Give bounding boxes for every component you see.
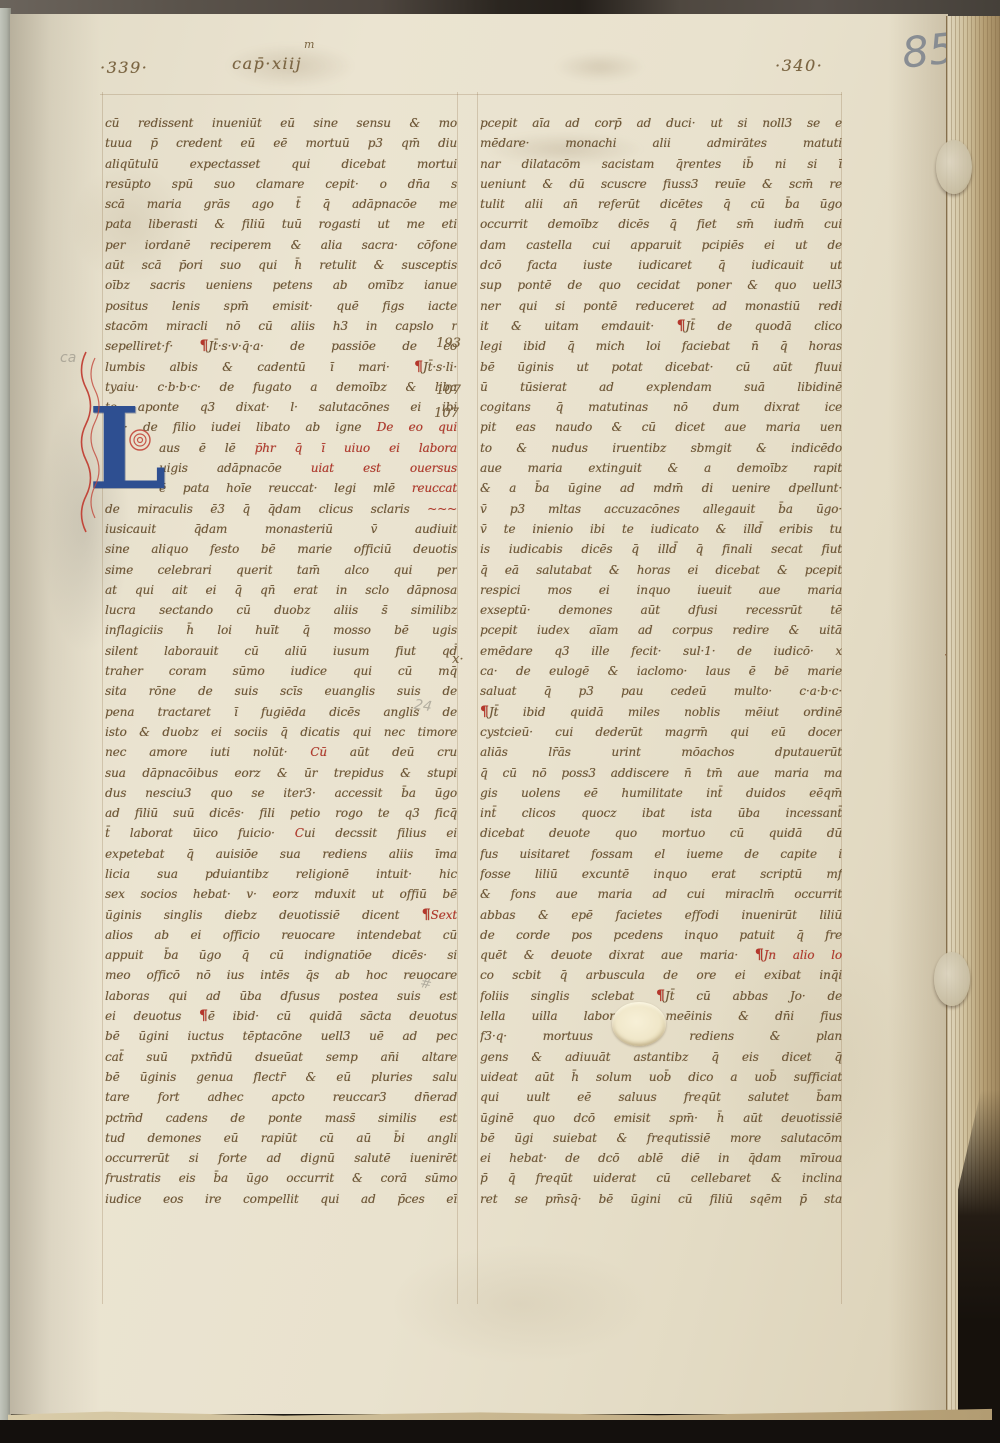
manuscript-text-line: lucra sectando cū duobz aliis s̄ similib… xyxy=(105,600,457,620)
ink-text: bē ūginis genua flectr̄ & eū pluries sal… xyxy=(105,1070,457,1084)
manuscript-text-line: co scbit q̄ arbuscula de ore ei exibat i… xyxy=(480,965,842,985)
chapter-heading: cap̄·xiij xyxy=(232,54,302,73)
ink-text: to & nudus iruentibz sbmgit & indicēdo xyxy=(480,441,842,455)
ink-text: scā maria grās ago t̄ q̄ adāpnacōe me xyxy=(105,197,457,211)
ink-text: ūginē quo dcō emisit spm̄· h̄ aūt deuoti… xyxy=(480,1111,842,1125)
ink-text: dus nesciu3 quo se iter3· accessit b̄a ū… xyxy=(105,786,457,800)
manuscript-text-line: qui uult eē saluus freqūt salutet b̄am xyxy=(480,1087,842,1107)
ink-text: tulit alii an̄ referūt dicētes q̄ cū b̄a… xyxy=(480,197,842,211)
parchment-page: ·339· cap̄·xiij m ·340· 85 cū redissent … xyxy=(10,14,948,1414)
manuscript-text-line: aue maria extinguit & a demoībz rapit xyxy=(480,458,842,478)
rubric-paragraph-mark: ¶ xyxy=(480,704,489,720)
gutter-shadow xyxy=(10,14,100,1414)
ink-text: pctm̄d cadens de ponte mass̄ similis est xyxy=(105,1111,457,1125)
manuscript-text-line: positus lenis spm̄ emisit· quē figs iact… xyxy=(105,296,457,316)
ink-text: frustratis eis b̄a ūgo occurrit & corā s… xyxy=(105,1171,457,1185)
ink-text: v̄ p3 mltas accuzacōnes allegauit b̄a ūg… xyxy=(480,502,842,516)
ink-text: dam castella cui apparuit pcipiēs ei ut … xyxy=(480,238,842,252)
manuscript-text-line: dus nesciu3 quo se iter3· accessit b̄a ū… xyxy=(105,783,457,803)
manuscript-text-line: de corde pos pcedens inquo patuit q̄ fre xyxy=(480,925,842,945)
ink-text: nar dilatacōm sacistam q̄rentes ib̄ ni s… xyxy=(480,157,842,171)
manuscript-text-line: q̄ eā salutabat & horas ei dicebat & pce… xyxy=(480,560,842,580)
manuscript-text-line: gis uolens eē humilitate int̄ duidos eēq… xyxy=(480,783,842,803)
manuscript-text-line: cū redissent inueniūt eū sine sensu & mo xyxy=(105,113,457,133)
ink-text: positus lenis spm̄ emisit· quē figs iact… xyxy=(105,299,457,313)
ink-text: ūginis singlis diebz deuotissiē dicent xyxy=(105,908,422,922)
ink-text: gis uolens eē humilitate int̄ duidos eēq… xyxy=(480,786,842,800)
ruling-line xyxy=(457,92,458,1304)
pencil-graffito-24: 24 xyxy=(413,697,433,715)
manuscript-text-line: q̄ cū nō poss3 addiscere n̄ tm̄ aue mari… xyxy=(480,763,842,783)
page-number-right: ·340· xyxy=(775,56,823,75)
manuscript-text-line: pata liberasti & filiū tuū rogasti ut me… xyxy=(105,214,457,234)
manuscript-text-line: sex socios hebat· v· eorz mduxit ut offi… xyxy=(105,884,457,904)
manuscript-text-line: bē ūgi suiebat & frequtissiē more saluta… xyxy=(480,1128,842,1148)
ink-text: meo officō nō ius intēs q̄s ab hoc reuoc… xyxy=(105,968,457,982)
manuscript-text-line: ner qui si pontē reduceret ad monastiū r… xyxy=(480,296,842,316)
ink-text: pcepit aīa ad corp̄ ad duci· ut si noll3… xyxy=(480,116,842,130)
ruling-line xyxy=(477,92,478,1304)
manuscript-text-line: pcepit iudex aīam ad corpus redire & uit… xyxy=(480,620,842,640)
rubric-text: De eo qui xyxy=(377,420,457,434)
ink-text: t̄ laborat ūico fuicio· xyxy=(105,826,295,840)
manuscript-text-line: dicebat deuote quo mortuo cū quidā dū xyxy=(480,823,842,843)
manuscript-text-line: aliās lr̄ās urint mōachos dputauerūt xyxy=(480,742,842,762)
ink-text: bē ūginis ut potat dicebat· cū aūt fluui xyxy=(480,360,842,374)
manuscript-text-line: quēt & deuote dixrat aue maria· ¶Jn alio… xyxy=(480,945,842,965)
ink-text: occurrerūt si forte ad dignū salutē iuen… xyxy=(105,1151,457,1165)
manuscript-text-line: tare fort adhec apcto reuccar3 dn̄erad xyxy=(105,1087,457,1107)
ink-text: ū tūsierat ad explendam suā libidinē xyxy=(480,380,842,394)
manuscript-text-line: stacōm miracli nō cū aliis h3 in capslo … xyxy=(105,316,457,336)
text-column-right: pcepit aīa ad corp̄ ad duci· ut si noll3… xyxy=(480,113,842,1209)
ink-text: is iudicabis dicēs q̄ illd̄ q̄ finali se… xyxy=(480,542,842,556)
ink-text: gens & adiuuāt astantibz q̄ eis dicet q̄ xyxy=(480,1050,842,1064)
manuscript-text-line: alios ab ei officio reuocare intendebat … xyxy=(105,925,457,945)
ink-text: uideat aūt h̄ solum uob̄ dico a uob̄ suf… xyxy=(480,1070,842,1084)
manuscript-text-line: licia sua pduiantibz religionē intuit· h… xyxy=(105,864,457,884)
binding-edge-bottom xyxy=(0,1420,1000,1443)
rubric-text: reuccat xyxy=(412,481,457,495)
ink-text: pcepit iudex aīam ad corpus redire & uit… xyxy=(480,623,842,637)
manuscript-text-line: mēdare· monachi alii admirātes matuti xyxy=(480,133,842,153)
ink-text: p̄ q̄ freqūt uiderat cū cellebaret & inc… xyxy=(480,1171,842,1185)
ink-text: int̄ clicos quocz ibat ista ūba incessan… xyxy=(480,806,842,820)
pencil-graffito-ca: ca xyxy=(60,350,76,366)
ink-text: de corde pos pcedens inquo patuit q̄ fre xyxy=(480,928,842,942)
ink-text: pata liberasti & filiū tuū rogasti ut me… xyxy=(105,217,457,231)
ink-text: alios ab ei officio reuocare intendebat … xyxy=(105,928,457,942)
manuscript-text-line: it & uitam emdauit· ¶Jt̄ de quodā clico xyxy=(480,316,842,336)
manuscript-text-line: abbas & epē facietes effodi inuenirūt li… xyxy=(480,905,842,925)
ink-text: it & uitam emdauit· xyxy=(480,319,677,333)
rubric-text: Cū xyxy=(310,745,327,759)
ink-text: fus uisitaret fossam el iueme de capite … xyxy=(480,847,842,861)
ink-text: licia sua pduiantibz religionē intuit· h… xyxy=(105,867,457,881)
manuscript-text-line: resūpto spū suo clamare cepit· o dn̄a s xyxy=(105,174,457,194)
manuscript-text-line: ei hebat· de dcō ablē diē in q̄dam mīrou… xyxy=(480,1148,842,1168)
manuscript-text-line: sua dāpnacōibus eorz & ūr trepidus & stu… xyxy=(105,763,457,783)
ink-text: ē ibid· cū quidā sācta deuotus xyxy=(208,1009,457,1023)
manuscript-text-line: lumbis albis & cadentū ī mari· ¶Jt̄·s·li… xyxy=(105,357,457,377)
ink-text: foliis singlis sclebat xyxy=(480,989,656,1003)
manuscript-text-line: meo officō nō ius intēs q̄s ab hoc reuoc… xyxy=(105,965,457,985)
rubric-text: p̄hr q̄ ī uiuo ei labora xyxy=(255,441,457,455)
ink-text: ē pata hoīe reuccat· legi mlē xyxy=(159,481,412,495)
ink-text: sime celebrari querit tam̄ alco qui per xyxy=(105,563,457,577)
margin-number-193: 193 xyxy=(436,336,461,351)
ink-text: & fons aue maria ad cui miraclm̄ occurri… xyxy=(480,887,842,901)
manuscript-text-line: int̄ clicos quocz ibat ista ūba incessan… xyxy=(480,803,842,823)
manuscript-text-line: ca· de eulogē & iaclomo· laus ē bē marie xyxy=(480,661,842,681)
manuscript-text-line: to & nudus iruentibz sbmgit & indicēdo xyxy=(480,438,842,458)
ink-text: pit eas naudo & cū dicet aue maria uen xyxy=(480,420,842,434)
ink-text: co scbit q̄ arbuscula de ore ei exibat i… xyxy=(480,968,842,982)
ink-text: ei deuotus xyxy=(105,1009,199,1023)
ink-text: ad filiū suū dicēs· fili petio rogo te q… xyxy=(105,806,457,820)
manuscript-text-line: respici mos ei inquo iueuit aue maria xyxy=(480,580,842,600)
ink-text: abbas & epē facietes effodi inuenirūt li… xyxy=(480,908,842,922)
page-number-left: ·339· xyxy=(100,58,148,77)
rubric-text: Sext xyxy=(430,908,457,922)
ink-text: Jt̄ de quodā clico xyxy=(685,319,842,333)
ink-text: ner qui si pontē reduceret ad monastiū r… xyxy=(480,299,842,313)
manuscript-text-line: v̄ te inienio ibi te iudicato & illd̄ er… xyxy=(480,519,842,539)
ink-text: bē ūgi suiebat & frequtissiē more saluta… xyxy=(480,1131,842,1145)
manuscript-text-line: pit eas naudo & cū dicet aue maria uen xyxy=(480,417,842,437)
ink-text: traher coram sūmo iudice qui cū mq̄ xyxy=(105,664,457,678)
rubric-text: uiat est ouersus xyxy=(311,461,457,475)
manuscript-text-line: fosse liliū excuntē inquo erat scriptū m… xyxy=(480,864,842,884)
ink-text: occurrit demoībz dicēs q̄ fiet sm̄ iudm̄… xyxy=(480,217,842,231)
ink-text: tud demones eū rapiūt cū aū b̄i angli xyxy=(105,1131,457,1145)
manuscript-text-line: exseptū· demones aūt dfusi recessrūt tē xyxy=(480,600,842,620)
rubric-paragraph-mark: ¶ xyxy=(755,947,764,963)
manuscript-text-line: ūginē quo dcō emisit spm̄· h̄ aūt deuoti… xyxy=(480,1108,842,1128)
manuscript-text-line: appuit b̄a ūgo q̄ cū indignatiōe dicēs· … xyxy=(105,945,457,965)
ink-text: appuit b̄a ūgo q̄ cū indignatiōe dicēs· … xyxy=(105,948,457,962)
manuscript-text-line: sine aliquo festo bē marie officiū deuot… xyxy=(105,539,457,559)
ink-text: emēdare q3 ille fecit· sul·1· de iudicō·… xyxy=(480,644,842,658)
manuscript-text-line: at qui ait ei q̄ qn̄ erat in sclo dāpnos… xyxy=(105,580,457,600)
ink-text: lumbis albis & cadentū ī mari· xyxy=(105,360,414,374)
ink-text: fosse liliū excuntē inquo erat scriptū m… xyxy=(480,867,842,881)
ink-text: iusicauit q̄dam monasteriū v̄ audiuit xyxy=(105,522,457,536)
ink-text: legi ibid q̄ mich loi faciebat n̄ q̄ hor… xyxy=(480,339,842,353)
manuscript-text-line: ū tūsierat ad explendam suā libidinē xyxy=(480,377,842,397)
rubric-text: ~~~ xyxy=(427,502,457,516)
ink-text: exseptū· demones aūt dfusi recessrūt tē xyxy=(480,603,842,617)
rubric-paragraph-mark: ¶ xyxy=(656,988,665,1004)
manuscript-text-line: sime celebrari querit tam̄ alco qui per xyxy=(105,560,457,580)
manuscript-text-line: iudice eos ire compellit qui ad p̄ces eī xyxy=(105,1189,457,1209)
manuscript-text-line: laboras qui ad ūba dfusus postea suis es… xyxy=(105,986,457,1006)
manuscript-text-line: dam castella cui apparuit pcipiēs ei ut … xyxy=(480,235,842,255)
manuscript-text-line: & a b̄a ūgine ad mdm̄ di uenire dpellunt… xyxy=(480,478,842,498)
manuscript-text-line: inflagiciis h̄ loi huīt q̄ mosso bē ugis xyxy=(105,620,457,640)
manuscript-text-line: scā maria grās ago t̄ q̄ adāpnacōe me xyxy=(105,194,457,214)
ink-text: sita rōne de suis scīs euanglis suis de xyxy=(105,684,457,698)
ink-text: cogitans q̄ matutinas nō dum dixrat ice xyxy=(480,400,842,414)
ink-text: dcō facta iuste iudicaret q̄ iudicauit u… xyxy=(480,258,842,272)
manuscript-text-line: tud demones eū rapiūt cū aū b̄i angli xyxy=(105,1128,457,1148)
ink-text: expetebat q̄ auisiōe sua rediens aliis ī… xyxy=(105,847,457,861)
ink-text: ei hebat· de dcō ablē diē in q̄dam mīrou… xyxy=(480,1151,842,1165)
ink-text: pena tractaret ī fugiēda dicēs anglis de xyxy=(105,705,457,719)
manuscript-text-line: v̄ p3 mltas accuzacōnes allegauit b̄a ūg… xyxy=(480,499,842,519)
margin-number-107b: 107 xyxy=(434,406,459,421)
ink-text: per iordanē reciperem & alia sacra· cōfo… xyxy=(105,238,457,252)
rubric-text: Jn alio lo xyxy=(764,948,842,962)
ink-text: tare fort adhec apcto reuccar3 dn̄erad xyxy=(105,1090,457,1104)
ink-text: resūpto spū suo clamare cepit· o dn̄a s xyxy=(105,177,457,191)
index-tab-upper xyxy=(936,140,972,194)
ink-text: sua dāpnacōibus eorz & ūr trepidus & stu… xyxy=(105,766,457,780)
ink-text: respici mos ei inquo iueuit aue maria xyxy=(480,583,842,597)
manuscript-text-line: per iordanē reciperem & alia sacra· cōfo… xyxy=(105,235,457,255)
ink-text: & a b̄a ūgine ad mdm̄ di uenire dpellunt… xyxy=(480,481,842,495)
parchment-hole xyxy=(612,1002,666,1046)
manuscript-text-line: bē ūginis ut potat dicebat· cū aūt fluui xyxy=(480,357,842,377)
manuscript-text-line: p̄ q̄ freqūt uiderat cū cellebaret & inc… xyxy=(480,1168,842,1188)
ink-text: cat̄ suū pxtn̄dū dsueūat semp an̄i altar… xyxy=(105,1050,457,1064)
manuscript-text-line: tuua p̄ credent eū eē mortuū p3 qm̄ diu xyxy=(105,133,457,153)
show-through-smudge xyxy=(555,52,645,82)
rubric-paragraph-mark: ¶ xyxy=(199,1008,208,1024)
ink-text: Jt̄·s·li· xyxy=(423,360,457,374)
margin-number-107a: 107 xyxy=(436,383,461,398)
manuscript-text-line: occurrerūt si forte ad dignū salutē iuen… xyxy=(105,1148,457,1168)
manuscript-text-line: bē ūgini iuctus tēptacōne uell3 uē ad pe… xyxy=(105,1026,457,1046)
ink-text: stacōm miracli nō cū aliis h3 in capslo … xyxy=(105,319,457,333)
manuscript-text-line: ad filiū suū dicēs· fili petio rogo te q… xyxy=(105,803,457,823)
manuscript-text-line: bē ūginis genua flectr̄ & eū pluries sal… xyxy=(105,1067,457,1087)
ink-text: saluat q̄ p3 pau cedeū multo· c·a·b·c· xyxy=(480,684,842,698)
ink-text: cystcieū· cui dederūt magrm̄ qui eū doce… xyxy=(480,725,842,739)
ink-text: ca· de eulogē & iaclomo· laus ē bē marie xyxy=(480,664,842,678)
ink-text: ui decssit filius ei xyxy=(304,826,457,840)
manuscript-text-line: cat̄ suū pxtn̄dū dsueūat semp an̄i altar… xyxy=(105,1047,457,1067)
rubric-paragraph-mark: ¶ xyxy=(414,359,423,375)
ink-text: sex socios hebat· v· eorz mduxit ut offi… xyxy=(105,887,457,901)
ink-text: aūt deū cru xyxy=(327,745,457,759)
manuscript-text-line: saluat q̄ p3 pau cedeū multo· c·a·b·c· xyxy=(480,681,842,701)
manuscript-text-line: sepelliret·f· ¶Jt̄·s·v·q̄·a· de passiōe … xyxy=(105,336,457,356)
ink-text: Jt̄·s·v·q̄·a· de passiōe de co xyxy=(208,339,457,353)
manuscript-text-line: cogitans q̄ matutinas nō dum dixrat ice xyxy=(480,397,842,417)
ink-text: tuua p̄ credent eū eē mortuū p3 qm̄ diu xyxy=(105,136,457,150)
ink-text: qui uult eē saluus freqūt salutet b̄am xyxy=(480,1090,842,1104)
manuscript-text-line: isto & duobz ei sociis q̄ dicatis qui ne… xyxy=(105,722,457,742)
manuscript-text-line: nar dilatacōm sacistam q̄rentes ib̄ ni s… xyxy=(480,154,842,174)
manuscript-text-line: fus uisitaret fossam el iueme de capite … xyxy=(480,844,842,864)
ink-text: laboras qui ad ūba dfusus postea suis es… xyxy=(105,989,457,1003)
ruling-line xyxy=(102,92,103,1304)
ink-text: quēt & deuote dixrat aue maria· xyxy=(480,948,755,962)
margin-mark-x: x· xyxy=(452,652,463,667)
rubric-text: C xyxy=(295,826,304,840)
index-tab-lower xyxy=(934,952,970,1006)
manuscript-text-line: ueniunt & dū scuscre fiuss3 reuīe & scm̄… xyxy=(480,174,842,194)
ink-text: Jt̄ cū abbas Jo· de xyxy=(665,989,842,1003)
manuscript-text-line: tulit alii an̄ referūt dicētes q̄ cū b̄a… xyxy=(480,194,842,214)
manuscript-text-line: legi ibid q̄ mich loi faciebat n̄ q̄ hor… xyxy=(480,336,842,356)
manuscript-text-line: nec amore iuti nolūt· Cū aūt deū cru xyxy=(105,742,457,762)
ink-text: sup pontē de quo cecidat poner & quo uel… xyxy=(480,278,842,292)
ink-text: ueniunt & dū scuscre fiuss3 reuīe & scm̄… xyxy=(480,177,842,191)
manuscript-text-line: iusicauit q̄dam monasteriū v̄ audiuit xyxy=(105,519,457,539)
ink-text: aue maria extinguit & a demoībz rapit xyxy=(480,461,842,475)
manuscript-text-line: dcō facta iuste iudicaret q̄ iudicauit u… xyxy=(480,255,842,275)
manuscript-text-line: t̄ laborat ūico fuicio· Cui decssit fili… xyxy=(105,823,457,843)
manuscript-text-line: pcepit aīa ad corp̄ ad duci· ut si noll3… xyxy=(480,113,842,133)
ink-text: q̄ eā salutabat & horas ei dicebat & pce… xyxy=(480,563,842,577)
manuscript-text-line: emēdare q3 ille fecit· sul·1· de iudicō·… xyxy=(480,641,842,661)
manuscript-photo: ·339· cap̄·xiij m ·340· 85 cū redissent … xyxy=(0,0,1000,1443)
text-column-left: cū redissent inueniūt eū sine sensu & mo… xyxy=(105,113,457,1209)
manuscript-text-line: pena tractaret ī fugiēda dicēs anglis de xyxy=(105,702,457,722)
manuscript-text-line: gens & adiuuāt astantibz q̄ eis dicet q̄ xyxy=(480,1047,842,1067)
stain xyxy=(390,1244,650,1364)
ink-text: oībz sacris ueniens petens ab omībz ianu… xyxy=(105,278,457,292)
ink-text: aliqūtulū expectasset qui dicebat mortui xyxy=(105,157,457,171)
manuscript-text-line: expetebat q̄ auisiōe sua rediens aliis ī… xyxy=(105,844,457,864)
ink-text: dicebat deuote quo mortuo cū quidā dū xyxy=(480,826,842,840)
manuscript-text-line: frustratis eis b̄a ūgo occurrit & corā s… xyxy=(105,1168,457,1188)
manuscript-text-line: & fons aue maria ad cui miraclm̄ occurri… xyxy=(480,884,842,904)
ink-text: silent laborauit cū aliū iusum fiut qd̄ xyxy=(105,644,457,658)
chapter-superscript: m xyxy=(304,38,314,51)
manuscript-text-line: uideat aūt h̄ solum uob̄ dico a uob̄ suf… xyxy=(480,1067,842,1087)
ink-text: mēdare· monachi alii admirātes matuti xyxy=(480,136,842,150)
manuscript-text-line: sita rōne de suis scīs euanglis suis de xyxy=(105,681,457,701)
manuscript-text-line: silent laborauit cū aliū iusum fiut qd̄ xyxy=(105,641,457,661)
manuscript-text-line: ei deuotus ¶ē ibid· cū quidā sācta deuot… xyxy=(105,1006,457,1026)
ink-text: Jt̄ ibid quidā miles noblis mēiut ordinē xyxy=(489,705,842,719)
manuscript-text-line: sup pontē de quo cecidat poner & quo uel… xyxy=(480,275,842,295)
manuscript-text-line: is iudicabis dicēs q̄ illd̄ q̄ finali se… xyxy=(480,539,842,559)
manuscript-text-line: foliis singlis sclebat ¶Jt̄ cū abbas Jo·… xyxy=(480,986,842,1006)
ink-text: sine aliquo festo bē marie officiū deuot… xyxy=(105,542,457,556)
ink-text: inflagiciis h̄ loi huīt q̄ mosso bē ugis xyxy=(105,623,457,637)
ink-text: aūt scā p̄ori suo qui h̄ retulit & susce… xyxy=(105,258,457,272)
ink-text: v̄ te inienio ibi te iudicato & illd̄ er… xyxy=(480,522,842,536)
ink-text: ret se pm̄sq̄· bē ūgini cū filiū sqēm p̄… xyxy=(480,1192,842,1206)
manuscript-text-line: aūt scā p̄ori suo qui h̄ retulit & susce… xyxy=(105,255,457,275)
ink-text: aliās lr̄ās urint mōachos dputauerūt xyxy=(480,745,842,759)
ink-text: at qui ait ei q̄ qn̄ erat in sclo dāpnos… xyxy=(105,583,457,597)
manuscript-text-line: ret se pm̄sq̄· bē ūgini cū filiū sqēm p̄… xyxy=(480,1189,842,1209)
manuscript-text-line: pctm̄d cadens de ponte mass̄ similis est xyxy=(105,1108,457,1128)
ink-text: aus ē lē xyxy=(159,441,255,455)
ink-text: bē ūgini iuctus tēptacōne uell3 uē ad pe… xyxy=(105,1029,457,1043)
ink-text: lucra sectando cū duobz aliis s̄ similib… xyxy=(105,603,457,617)
penwork-flourish xyxy=(68,344,128,584)
ink-text: uigis adāpnacōe xyxy=(159,461,311,475)
manuscript-text-line: aliqūtulū expectasset qui dicebat mortui xyxy=(105,154,457,174)
manuscript-text-line: ūginis singlis diebz deuotissiē dicent ¶… xyxy=(105,905,457,925)
manuscript-text-line: occurrit demoībz dicēs q̄ fiet sm̄ iudm̄… xyxy=(480,214,842,234)
manuscript-text-line: ¶Jt̄ ibid quidā miles noblis mēiut ordin… xyxy=(480,702,842,722)
ink-text: iudice eos ire compellit qui ad p̄ces eī xyxy=(105,1192,457,1206)
ink-text: cū redissent inueniūt eū sine sensu & mo xyxy=(105,116,457,130)
manuscript-text-line: cystcieū· cui dederūt magrm̄ qui eū doce… xyxy=(480,722,842,742)
ink-text: nec amore iuti nolūt· xyxy=(105,745,310,759)
ink-text: isto & duobz ei sociis q̄ dicatis qui ne… xyxy=(105,725,457,739)
rubric-paragraph-mark: ¶ xyxy=(199,338,208,354)
page-curve-shadow xyxy=(888,14,948,1414)
ruling-line xyxy=(100,94,842,95)
manuscript-text-line: oībz sacris ueniens petens ab omībz ianu… xyxy=(105,275,457,295)
ink-text: q̄ cū nō poss3 addiscere n̄ tm̄ aue mari… xyxy=(480,766,842,780)
manuscript-text-line: traher coram sūmo iudice qui cū mq̄ xyxy=(105,661,457,681)
